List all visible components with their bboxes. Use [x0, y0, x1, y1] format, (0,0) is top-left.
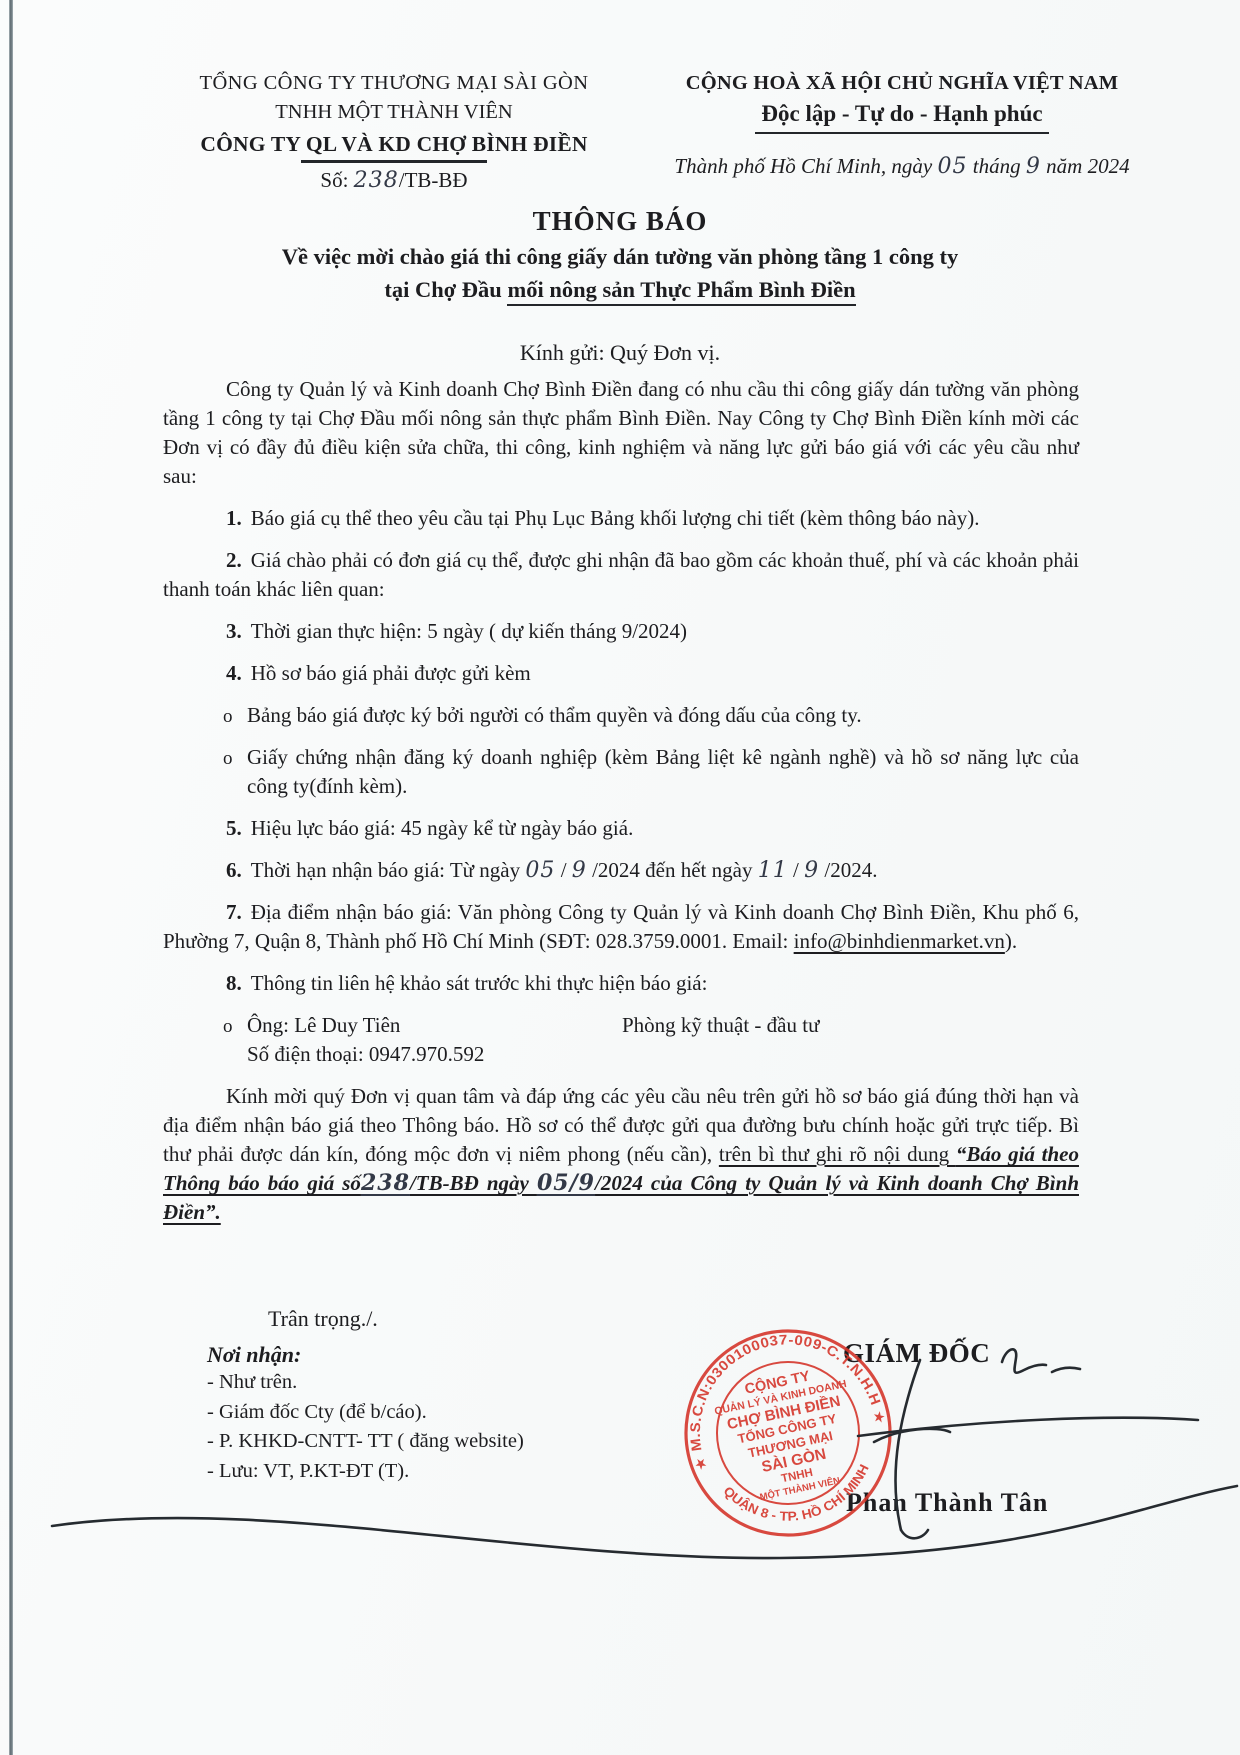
national-title: CỘNG HOÀ XÃ HỘI CHỦ NGHĨA VIỆT NAM: [652, 72, 1152, 95]
item-5-number: 5.: [226, 816, 251, 840]
closing-underlined-lead: trên bì thư ghi rõ nội dung: [719, 1142, 956, 1166]
bullet-2-text: Giấy chứng nhận đăng ký doanh nghiệp (kè…: [247, 745, 1079, 798]
item-7: 7.Địa điểm nhận báo giá: Văn phòng Công …: [163, 898, 1079, 956]
item-6-text-1: Thời hạn nhận báo giá: Từ ngày: [251, 858, 526, 882]
item-4: 4.Hồ sơ báo giá phải được gửi kèm: [163, 659, 1079, 688]
to-day-handwritten: 11: [758, 858, 788, 883]
date-mid: tháng: [968, 154, 1026, 178]
date-line: Thành phố Hồ Chí Minh, ngày 05 tháng 9 n…: [652, 154, 1152, 179]
bullet-1-marker: o: [223, 702, 233, 731]
item-6-number: 6.: [226, 858, 251, 882]
item-8-number: 8.: [226, 971, 251, 995]
regards: Trân trọng./.: [268, 1306, 378, 1332]
item-6-text-2: /2024 đến hết ngày: [587, 858, 758, 882]
date-day-handwritten: 05: [937, 154, 967, 179]
company-type: TNHH MỘT THÀNH VIÊN: [150, 101, 638, 124]
recipients-block: Nơi nhận: - Như trên. - Giám đốc Cty (để…: [207, 1342, 524, 1486]
document-subtitle-1: Về việc mời chào giá thi công giấy dán t…: [0, 244, 1240, 270]
doc-number-handwritten: 238: [354, 168, 399, 193]
document-page: TỔNG CÔNG TY THƯƠNG MẠI SÀI GÒN TNHH MỘT…: [0, 0, 1240, 1755]
recipient-line: - Giám đốc Cty (để b/cáo).: [207, 1398, 524, 1428]
item-2-text: Giá chào phải có đơn giá cụ thể, được gh…: [163, 548, 1079, 601]
date-prefix: Thành phố Hồ Chí Minh, ngày: [674, 154, 937, 178]
doc-number-label: Số:: [320, 168, 348, 192]
bullet-1-text: Bảng báo giá được ký bởi người có thẩm q…: [247, 703, 862, 727]
item-3: 3.Thời gian thực hiện: 5 ngày ( dự kiến …: [163, 617, 1079, 646]
from-month-handwritten: 9: [572, 858, 587, 883]
subtitle2-underlined: mối nông sản Thực Phẩm Bình Điền: [507, 277, 855, 306]
item-3-text: Thời gian thực hiện: 5 ngày ( dự kiến th…: [251, 619, 687, 643]
salutation: Kính gửi: Quý Đơn vị.: [0, 340, 1240, 366]
to-month-handwritten: 9: [804, 858, 819, 883]
item-6: 6.Thời hạn nhận báo giá: Từ ngày 05 / 9 …: [163, 856, 1079, 885]
closing-number-handwritten: 238: [361, 1170, 410, 1196]
item-6-text-3: /2024.: [819, 858, 877, 882]
document-subtitle-2: tại Chợ Đầu mối nông sản Thực Phẩm Bình …: [0, 277, 1240, 303]
item-6-sep-1: /: [555, 858, 571, 882]
recipient-line: - P. KHKD-CNTT- TT ( đăng website): [207, 1427, 524, 1457]
item-4-text: Hồ sơ báo giá phải được gửi kèm: [251, 661, 531, 685]
item-7-text-2: ).: [1005, 929, 1017, 953]
letterhead: TỔNG CÔNG TY THƯƠNG MẠI SÀI GÒN TNHH MỘT…: [150, 72, 1152, 193]
document-number: Số: 238/TB-BĐ: [150, 168, 638, 193]
doc-number-suffix: /TB-BĐ: [399, 168, 468, 192]
company-rule: [301, 160, 487, 163]
intro-paragraph: Công ty Quản lý và Kinh doanh Chợ Bình Đ…: [163, 375, 1079, 491]
contact-department: Phòng kỹ thuật - đầu tư: [622, 1013, 819, 1037]
item-5-text: Hiệu lực báo giá: 45 ngày kể từ ngày báo…: [251, 816, 634, 840]
national-block: CỘNG HOÀ XÃ HỘI CHỦ NGHĨA VIỆT NAM Độc l…: [652, 72, 1152, 193]
parent-company-name: TỔNG CÔNG TY THƯƠNG MẠI SÀI GÒN: [150, 72, 638, 95]
signer-initials: [1002, 1349, 1046, 1372]
item-2-number: 2.: [226, 548, 251, 572]
contact-marker: o: [223, 1012, 233, 1041]
bullet-2: oGiấy chứng nhận đăng ký doanh nghiệp (k…: [163, 743, 1079, 801]
company-name: CÔNG TY QL VÀ KD CHỢ BÌNH ĐIỀN: [150, 132, 638, 157]
signature-flourish: [52, 1486, 1237, 1558]
from-day-handwritten: 05: [525, 858, 555, 883]
signature-hook: [901, 1530, 928, 1538]
item-4-number: 4.: [226, 661, 251, 685]
item-8: 8.Thông tin liên hệ khảo sát trước khi t…: [163, 969, 1079, 998]
recipient-line: - Lưu: VT, P.KT-ĐT (T).: [207, 1457, 524, 1487]
subtitle2-prefix: tại Chợ Đầu: [384, 277, 507, 302]
contact-phone: Số điện thoại: 0947.970.592: [247, 1042, 484, 1066]
item-3-number: 3.: [226, 619, 251, 643]
item-5: 5.Hiệu lực báo giá: 45 ngày kể từ ngày b…: [163, 814, 1079, 843]
bullet-2-marker: o: [223, 744, 233, 773]
recipient-line: - Như trên.: [207, 1368, 524, 1398]
contact-name: Ông: Lê Duy Tiên: [247, 1011, 622, 1040]
date-month-handwritten: 9: [1026, 154, 1041, 179]
closing-date-handwritten: 05/9: [537, 1170, 595, 1196]
closing-quote-2: /TB-BĐ ngày: [410, 1171, 537, 1195]
org-block: TỔNG CÔNG TY THƯƠNG MẠI SÀI GÒN TNHH MỘT…: [150, 72, 638, 193]
document-title: THÔNG BÁO: [0, 206, 1240, 237]
bullet-1: oBảng báo giá được ký bởi người có thẩm …: [163, 701, 1079, 730]
item-1-text: Báo giá cụ thể theo yêu cầu tại Phụ Lục …: [251, 506, 980, 530]
item-2: 2.Giá chào phải có đơn giá cụ thể, được …: [163, 546, 1079, 604]
closing-paragraph: Kính mời quý Đơn vị quan tâm và đáp ứng …: [163, 1082, 1079, 1227]
email-address: info@binhdienmarket.vn: [794, 929, 1005, 953]
item-6-sep-2: /: [788, 858, 804, 882]
date-suffix: năm 2024: [1041, 154, 1130, 178]
signature-strokes: [0, 1290, 1240, 1620]
national-motto: Độc lập - Tự do - Hạnh phúc: [755, 101, 1048, 134]
item-1-number: 1.: [226, 506, 251, 530]
item-8-text: Thông tin liên hệ khảo sát trước khi thự…: [251, 971, 708, 995]
document-title-block: THÔNG BÁO Về việc mời chào giá thi công …: [0, 206, 1240, 303]
signature-underline: [858, 1418, 1198, 1436]
item-1: 1.Báo giá cụ thể theo yêu cầu tại Phụ Lụ…: [163, 504, 1079, 533]
item-7-number: 7.: [226, 900, 251, 924]
contact-bullet: oÔng: Lê Duy TiênPhòng kỹ thuật - đầu tư…: [163, 1011, 1079, 1069]
document-body: Công ty Quản lý và Kinh doanh Chợ Bình Đ…: [163, 375, 1079, 1227]
company-stamp: ★ M.S.C.N:0300100037-009-C.T.N.H.H ★ QUẬ…: [678, 1320, 898, 1546]
signer-initials-dash: [1052, 1368, 1080, 1372]
recipients-title: Nơi nhận:: [207, 1342, 524, 1368]
